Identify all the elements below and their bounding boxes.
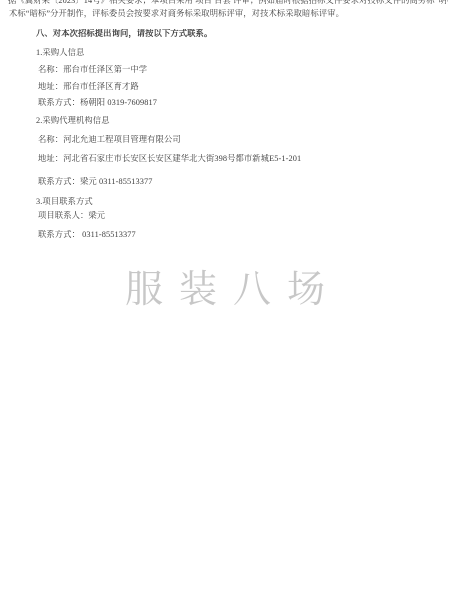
purchaser-name: 名称：邢台市任泽区第一中学: [38, 65, 147, 74]
purchaser-address: 地址：邢台市任泽区育才路: [38, 82, 139, 91]
page-watermark: 服装八场: [0, 269, 450, 311]
project-contact-person: 项目联系人：梁元: [38, 211, 105, 220]
agency-info-title: 2.采购代理机构信息: [36, 116, 110, 125]
document-page: 据《冀财采〔2023〕14号》相关要求；本项目采用 项目 台套 评审；例如届时根…: [0, 0, 450, 600]
section-heading-contact: 八、对本次招标提出询问，请按以下方式联系。: [36, 29, 212, 38]
project-contact-phone: 联系方式： 0311-85513377: [38, 230, 136, 239]
intro-paragraph-line-2: 术标“暗标”分开制作，评标委员会按要求对商务标采取明标评审，对技术标采取暗标评审…: [9, 9, 448, 18]
purchaser-info-title: 1.采购人信息: [36, 48, 84, 57]
intro-paragraph-line-1: 据《冀财采〔2023〕14号》相关要求；本项目采用 项目 台套 评审；例如届时根…: [8, 0, 448, 5]
purchaser-contact: 联系方式：杨朝阳 0319-7609817: [38, 98, 157, 107]
agency-name: 名称：河北允迪工程项目管理有限公司: [38, 135, 181, 144]
project-contact-title: 3.项目联系方式: [36, 197, 93, 206]
agency-address: 地址：河北省石家庄市长安区长安区建华北大街398号都市新城E5-1-201: [38, 154, 301, 163]
agency-contact: 联系方式：梁元 0311-85513377: [38, 177, 153, 186]
